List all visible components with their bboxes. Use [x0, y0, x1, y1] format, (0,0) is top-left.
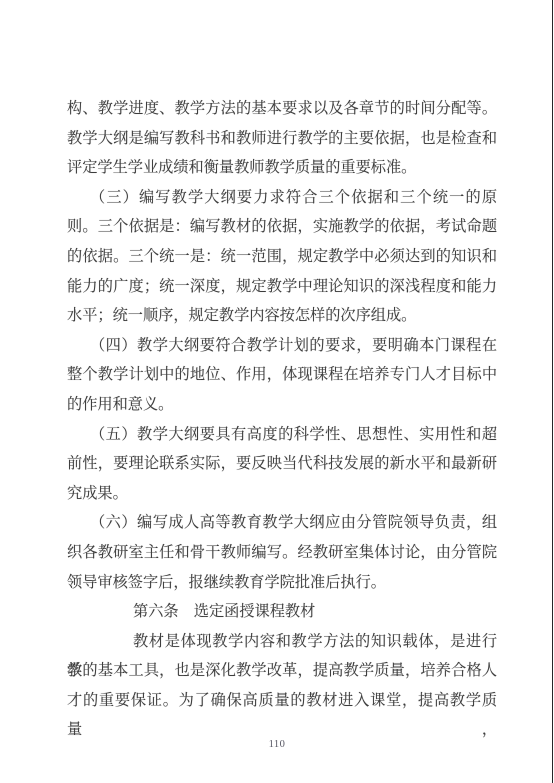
text-line: 领导审核签字后，报继续教育学院批准后执行。: [67, 568, 497, 598]
text-line: 教材是体现教学内容和教学方法的知识载体，是进行教: [67, 627, 497, 657]
text-line: 的作用和意义。: [67, 390, 497, 420]
text-line: （四）教学大纲要符合教学计划的要求，要明确本门课程在: [67, 331, 497, 361]
text-line: 水平；统一顺序，规定教学内容按怎样的次序组成。: [67, 301, 497, 331]
text-line: 第六条 选定函授课程教材: [67, 597, 497, 627]
text-line: （五）教学大纲要具有高度的科学性、思想性、实用性和超: [67, 420, 497, 450]
text-line: （六）编写成人高等教育教学大纲应由分管院领导负责，组: [67, 508, 497, 538]
text-line: 构、教学进度、教学方法的基本要求以及各章节的时间分配等。: [67, 94, 497, 124]
text-line: 学的基本工具，也是深化教学改革，提高教学质量，培养合格人: [67, 656, 497, 686]
text-line: 能力的广度；统一深度，规定教学中理论知识的深浅程度和能力: [67, 272, 497, 302]
text-line: 评定学生学业成绩和衡量教师教学质量的重要标准。: [67, 153, 497, 183]
text-line: 才的重要保证。为了确保高质量的教材进入课堂，提高教学质量，: [67, 686, 497, 716]
scan-edge-line: [552, 0, 554, 783]
text-line: 则。三个依据是：编写教材的依据，实施教学的依据，考试命题: [67, 212, 497, 242]
text-line: 的依据。三个统一是：统一范围，规定教学中必须达到的知识和: [67, 242, 497, 272]
text-line: 织各教研室主任和骨干教师编写。经教研室集体讨论，由分管院: [67, 538, 497, 568]
text-line: 教学大纲是编写教科书和教师进行教学的主要依据，也是检查和: [67, 124, 497, 154]
text-line: 前性，要理论联系实际，要反映当代科技发展的新水平和最新研: [67, 449, 497, 479]
page-number: 110: [0, 738, 554, 752]
document-page: 构、教学进度、教学方法的基本要求以及各章节的时间分配等。教学大纲是编写教科书和教…: [0, 0, 554, 783]
text-line: 整个教学计划中的地位、作用，体现课程在培养专门人才目标中: [67, 360, 497, 390]
text-line: 究成果。: [67, 479, 497, 509]
text-line: （三）编写教学大纲要力求符合三个依据和三个统一的原: [67, 183, 497, 213]
document-body: 构、教学进度、教学方法的基本要求以及各章节的时间分配等。教学大纲是编写教科书和教…: [67, 94, 497, 715]
